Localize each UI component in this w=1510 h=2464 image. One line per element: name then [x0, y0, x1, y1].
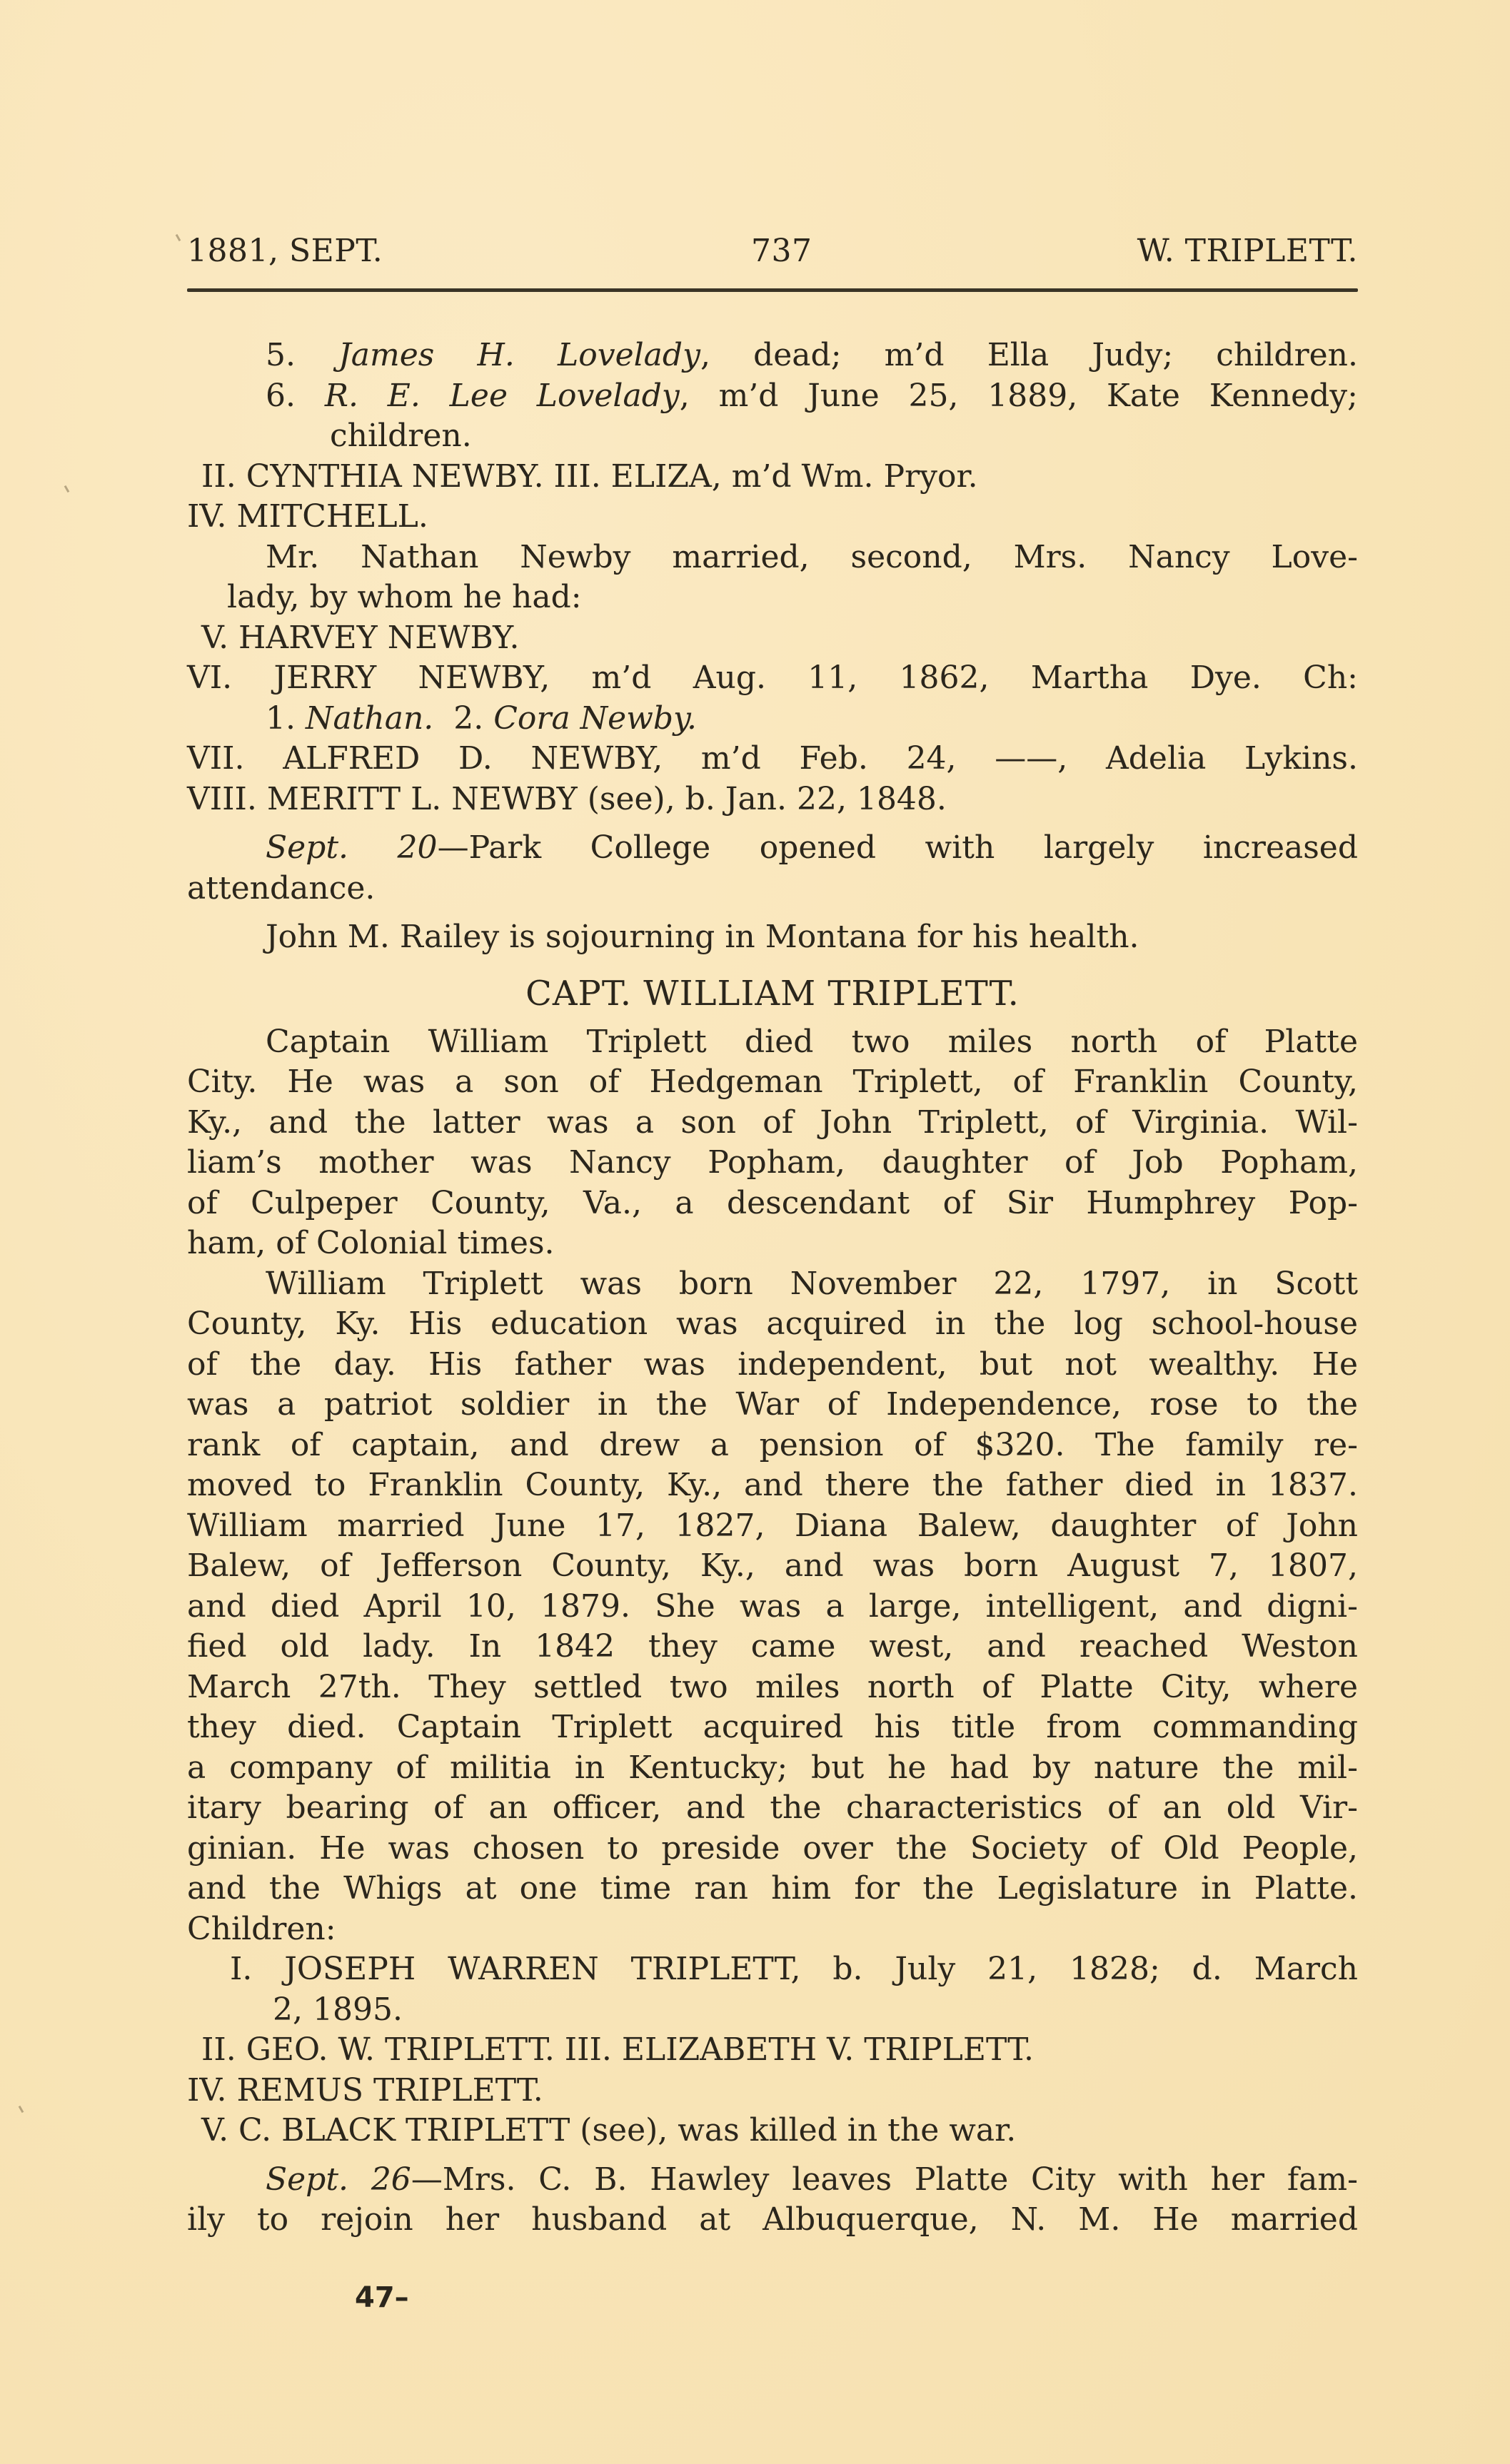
page-body: 5. James H. Lovelady, dead; m’d Ella Jud…: [187, 335, 1358, 2241]
entry-number: 5.: [266, 337, 296, 373]
running-head-date: 1881, SEPT.: [187, 230, 383, 273]
paragraph-line: lady, by whom he had:: [187, 577, 1358, 618]
dated-note: Sept. 20—Park College opened with largel…: [187, 828, 1358, 869]
paragraph-line: liam’s mother was Nancy Popham, daughter…: [187, 1143, 1358, 1183]
child-entry: II. CYNTHIA NEWBY. III. ELIZA, m’d Wm. P…: [187, 457, 1358, 498]
paragraph-line: of Culpeper County, Va., a descendant of…: [187, 1183, 1358, 1224]
child-entry: II. GEO. W. TRIPLETT. III. ELIZABETH V. …: [187, 2030, 1358, 2071]
entry-continuation: children.: [187, 416, 1358, 457]
paragraph-line: Captain William Triplett died two miles …: [187, 1022, 1358, 1063]
note-date: Sept. 26: [266, 2161, 411, 2198]
child-entry: IV. REMUS TRIPLETT.: [187, 2071, 1358, 2111]
note-railey: John M. Railey is sojourning in Montana …: [187, 917, 1358, 958]
paragraph-line: rank of captain, and drew a pension of $…: [187, 1425, 1358, 1466]
paragraph-line: and died April 10, 1879. She was a large…: [187, 1587, 1358, 1627]
paragraph-line: a company of militia in Kentucky; but he…: [187, 1748, 1358, 1789]
page-number: 737: [751, 230, 812, 273]
child-entry: VI. JERRY NEWBY, m’d Aug. 11, 1862, Mart…: [187, 658, 1358, 699]
child-entry: I. JOSEPH WARREN TRIPLETT, b. July 21, 1…: [187, 1949, 1358, 1990]
child-entry: V. HARVEY NEWBY.: [187, 618, 1358, 659]
paper-blemish: [19, 2106, 24, 2113]
entry-name: Cora Newby.: [493, 700, 697, 737]
grandchild-entry: 1. Nathan. 2. Cora Newby.: [187, 699, 1358, 739]
child-entry: VII. ALFRED D. NEWBY, m’d Feb. 24, ——, A…: [187, 739, 1358, 779]
paper-blemish: [64, 485, 70, 493]
paragraph-line: City. He was a son of Hedgeman Triplett,…: [187, 1062, 1358, 1103]
paragraph-line: they died. Captain Triplett acquired his…: [187, 1707, 1358, 1748]
running-head: 1881, SEPT. 737 W. TRIPLETT.: [187, 230, 1358, 273]
paragraph-line: itary bearing of an officer, and the cha…: [187, 1788, 1358, 1829]
entry-text: , dead; m’d Ella Judy; children.: [700, 337, 1358, 373]
paragraph-line: March 27th. They settled two miles north…: [187, 1667, 1358, 1708]
paragraph-line: Children:: [187, 1909, 1358, 1950]
child-entry-continuation: 2, 1895.: [187, 1990, 1358, 2031]
paragraph-line: ham, of Colonial times.: [187, 1223, 1358, 1264]
paragraph-line: County, Ky. His education was acquired i…: [187, 1304, 1358, 1345]
entry-number: 6.: [266, 378, 296, 414]
paragraph-line: and the Whigs at one time ran him for th…: [187, 1869, 1358, 1909]
entry-number: 1.: [266, 700, 296, 737]
entry-name: R. E. Lee Lovelady: [325, 378, 680, 414]
paragraph-line: William Triplett was born November 22, 1…: [187, 1264, 1358, 1305]
running-head-title: W. TRIPLETT.: [1137, 230, 1358, 273]
dated-note-continuation: attendance.: [187, 869, 1358, 909]
note-date: Sept. 20: [266, 829, 438, 866]
child-entry: IV. MITCHELL.: [187, 497, 1358, 537]
paragraph-line: moved to Franklin County, Ky., and there…: [187, 1465, 1358, 1506]
entry-line: 6. R. E. Lee Lovelady, m’d June 25, 1889…: [187, 376, 1358, 417]
section-heading: CAPT. WILLIAM TRIPLETT.: [187, 974, 1358, 1014]
entry-name: Nathan.: [306, 700, 433, 737]
dated-note-continuation: ily to rejoin her husband at Albuquerque…: [187, 2200, 1358, 2241]
paper-blemish: [176, 234, 181, 241]
paragraph-line: William married June 17, 1827, Diana Bal…: [187, 1506, 1358, 1547]
note-text: —Park College opened with largely increa…: [438, 829, 1358, 866]
entry-number: 2.: [453, 700, 483, 737]
dated-note: Sept. 26—Mrs. C. B. Hawley leaves Platte…: [187, 2160, 1358, 2201]
entry-text: , m’d June 25, 1889, Kate Kennedy;: [680, 378, 1358, 414]
child-entry: V. C. BLACK TRIPLETT (see), was killed i…: [187, 2111, 1358, 2151]
paragraph-line: ginian. He was chosen to preside over th…: [187, 1829, 1358, 1869]
paragraph-line: fied old lady. In 1842 they came west, a…: [187, 1627, 1358, 1667]
paragraph-line: Mr. Nathan Newby married, second, Mrs. N…: [187, 537, 1358, 578]
paragraph-line: was a patriot soldier in the War of Inde…: [187, 1385, 1358, 1425]
entry-name: James H. Lovelady: [338, 337, 700, 373]
signature-mark: 47–: [355, 2281, 409, 2314]
paragraph-line: Balew, of Jefferson County, Ky., and was…: [187, 1546, 1358, 1587]
child-entry: VIII. MERITT L. NEWBY (see), b. Jan. 22,…: [187, 779, 1358, 820]
entry-line: 5. James H. Lovelady, dead; m’d Ella Jud…: [187, 335, 1358, 376]
note-text: —Mrs. C. B. Hawley leaves Platte City wi…: [411, 2161, 1358, 2198]
header-rule: [187, 288, 1358, 292]
paragraph-line: Ky., and the latter was a son of John Tr…: [187, 1103, 1358, 1143]
paragraph-line: of the day. His father was independent, …: [187, 1345, 1358, 1385]
